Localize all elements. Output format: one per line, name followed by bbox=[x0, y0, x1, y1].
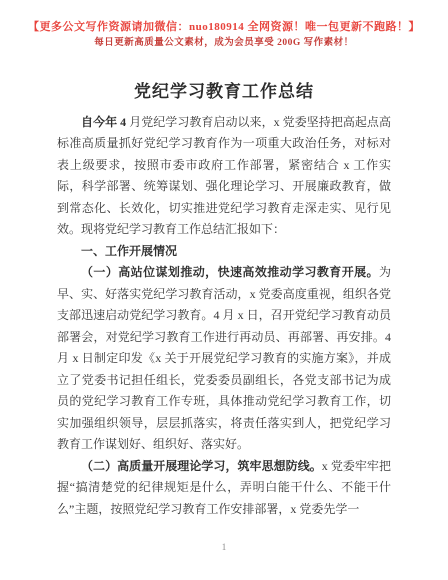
paragraph-item1-lead: （一）高站位谋划推动，快速高效推动学习教育开展。 bbox=[81, 265, 379, 279]
promo-banner-line2: 每日更新高质量公文素材，成为会员享受 200G 写作素材！ bbox=[0, 36, 448, 51]
document-body: 自今年 4 月党纪学习教育启动以来，x 党委坚持把高起点高标准高质量抓好党纪学习… bbox=[57, 112, 391, 521]
promo-banner: 【更多公文写作资源请加微信：nuo180914 全网资源！唯一包更新不跑路！】 … bbox=[0, 0, 448, 51]
section-heading-1: 一、工作开展情况 bbox=[57, 241, 391, 263]
paragraph-intro: 自今年 4 月党纪学习教育启动以来，x 党委坚持把高起点高标准高质量抓好党纪学习… bbox=[57, 112, 391, 241]
document-title: 党纪学习教育工作总结 bbox=[0, 77, 448, 102]
paragraph-item1-text: 为早、实、好落实党纪学习教育活动，x 党委高度重视，组织各党支部迅速启动党纪学习… bbox=[57, 265, 391, 451]
promo-banner-line1: 【更多公文写作资源请加微信：nuo180914 全网资源！唯一包更新不跑路！】 bbox=[0, 19, 448, 36]
paragraph-section1-item2: （二）高质量开展理论学习，筑牢思想防线。x 党委牢牢把握“搞清楚党的纪律规矩是什… bbox=[57, 456, 391, 521]
paragraph-intro-lead: 自今年 4 bbox=[81, 115, 129, 129]
paragraph-item2-lead: （二）高质量开展理论学习，筑牢思想防线。 bbox=[81, 459, 322, 473]
paragraph-section1-item1: （一）高站位谋划推动，快速高效推动学习教育开展。为早、实、好落实党纪学习教育活动… bbox=[57, 262, 391, 456]
page-number: 1 bbox=[0, 542, 448, 552]
document-page: 【更多公文写作资源请加微信：nuo180914 全网资源！唯一包更新不跑路！】 … bbox=[0, 0, 448, 580]
paragraph-intro-text: 月党纪学习教育启动以来，x 党委坚持把高起点高标准高质量抓好党纪学习教育作为一项… bbox=[57, 115, 391, 237]
